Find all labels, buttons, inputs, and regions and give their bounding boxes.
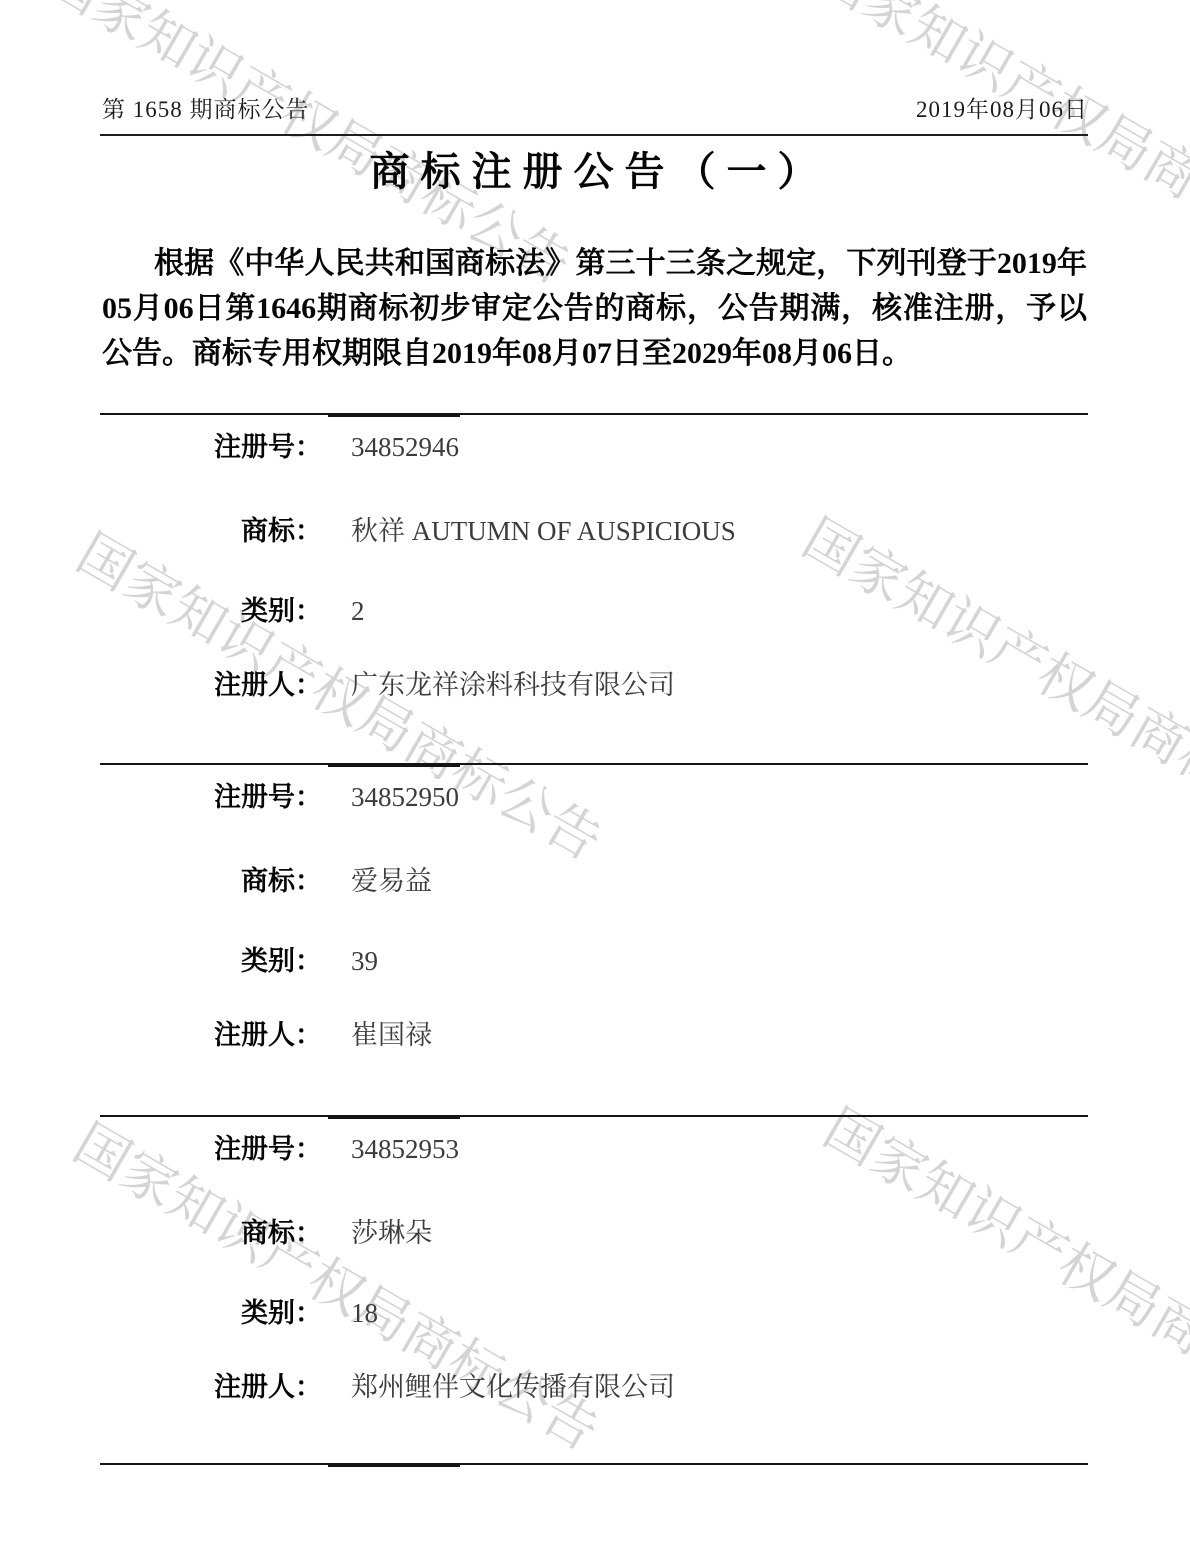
category-label: 类别： — [140, 1297, 322, 1329]
registrant-value: 广东龙祥涂料科技有限公司 — [351, 669, 675, 701]
trademark-value: 秋祥 AUTUMN OF AUSPICIOUS — [351, 515, 736, 547]
entry-divider — [100, 1115, 1088, 1121]
entry-divider — [100, 1463, 1088, 1469]
registrant-value: 崔国禄 — [351, 1019, 432, 1051]
intro-line-2: 05月06日第1646期商标初步审定公告的商标，公告期满，核准注册，予以 — [102, 291, 1087, 327]
reg-no-label: 注册号： — [140, 1133, 322, 1165]
registrant-label: 注册人： — [140, 1019, 322, 1051]
reg-no-value: 34852953 — [351, 1133, 459, 1165]
trademark-entry: 注册号： 34852950 商标： 爱易益 类别： 39 注册人： 崔国禄 — [0, 763, 1190, 1113]
header-issue-label: 第 1658 期商标公告 — [102, 96, 310, 124]
entry-divider — [100, 413, 1088, 419]
trademark-label: 商标： — [140, 515, 322, 547]
intro-line-1: 根据《中华人民共和国商标法》第三十三条之规定，下列刊登于2019年 — [102, 246, 1087, 282]
entry-divider — [100, 763, 1088, 769]
trademark-entry: 注册号： 34852946 商标： 秋祥 AUTUMN OF AUSPICIOU… — [0, 413, 1190, 763]
page-title: 商标注册公告（一） — [0, 149, 1190, 195]
registrant-label: 注册人： — [140, 1371, 322, 1403]
header-rule — [100, 134, 1088, 136]
reg-no-value: 34852946 — [351, 431, 459, 463]
trademark-entry: 注册号： 34852953 商标： 莎琳朵 类别： 18 注册人： 郑州鲤伴文化… — [0, 1115, 1190, 1465]
category-value: 2 — [351, 595, 365, 627]
intro-line-3: 公告。商标专用权期限自2019年08月07日至2029年08月06日。 — [102, 336, 1087, 372]
trademark-label: 商标： — [140, 865, 322, 897]
reg-no-value: 34852950 — [351, 781, 459, 813]
reg-no-label: 注册号： — [140, 781, 322, 813]
category-label: 类别： — [140, 595, 322, 627]
category-value: 18 — [351, 1297, 378, 1329]
trademark-value: 爱易益 — [351, 865, 432, 897]
gazette-page: 国家知识产权局商标公告 国家知识产权局商标公告 国家知识产权局商标公告 国家知识… — [0, 0, 1190, 1564]
registrant-value: 郑州鲤伴文化传播有限公司 — [351, 1371, 675, 1403]
trademark-label: 商标： — [140, 1217, 322, 1249]
header-date: 2019年08月06日 — [800, 96, 1088, 124]
category-label: 类别： — [140, 945, 322, 977]
trademark-value: 莎琳朵 — [351, 1217, 432, 1249]
reg-no-label: 注册号： — [140, 431, 322, 463]
registrant-label: 注册人： — [140, 669, 322, 701]
category-value: 39 — [351, 945, 378, 977]
